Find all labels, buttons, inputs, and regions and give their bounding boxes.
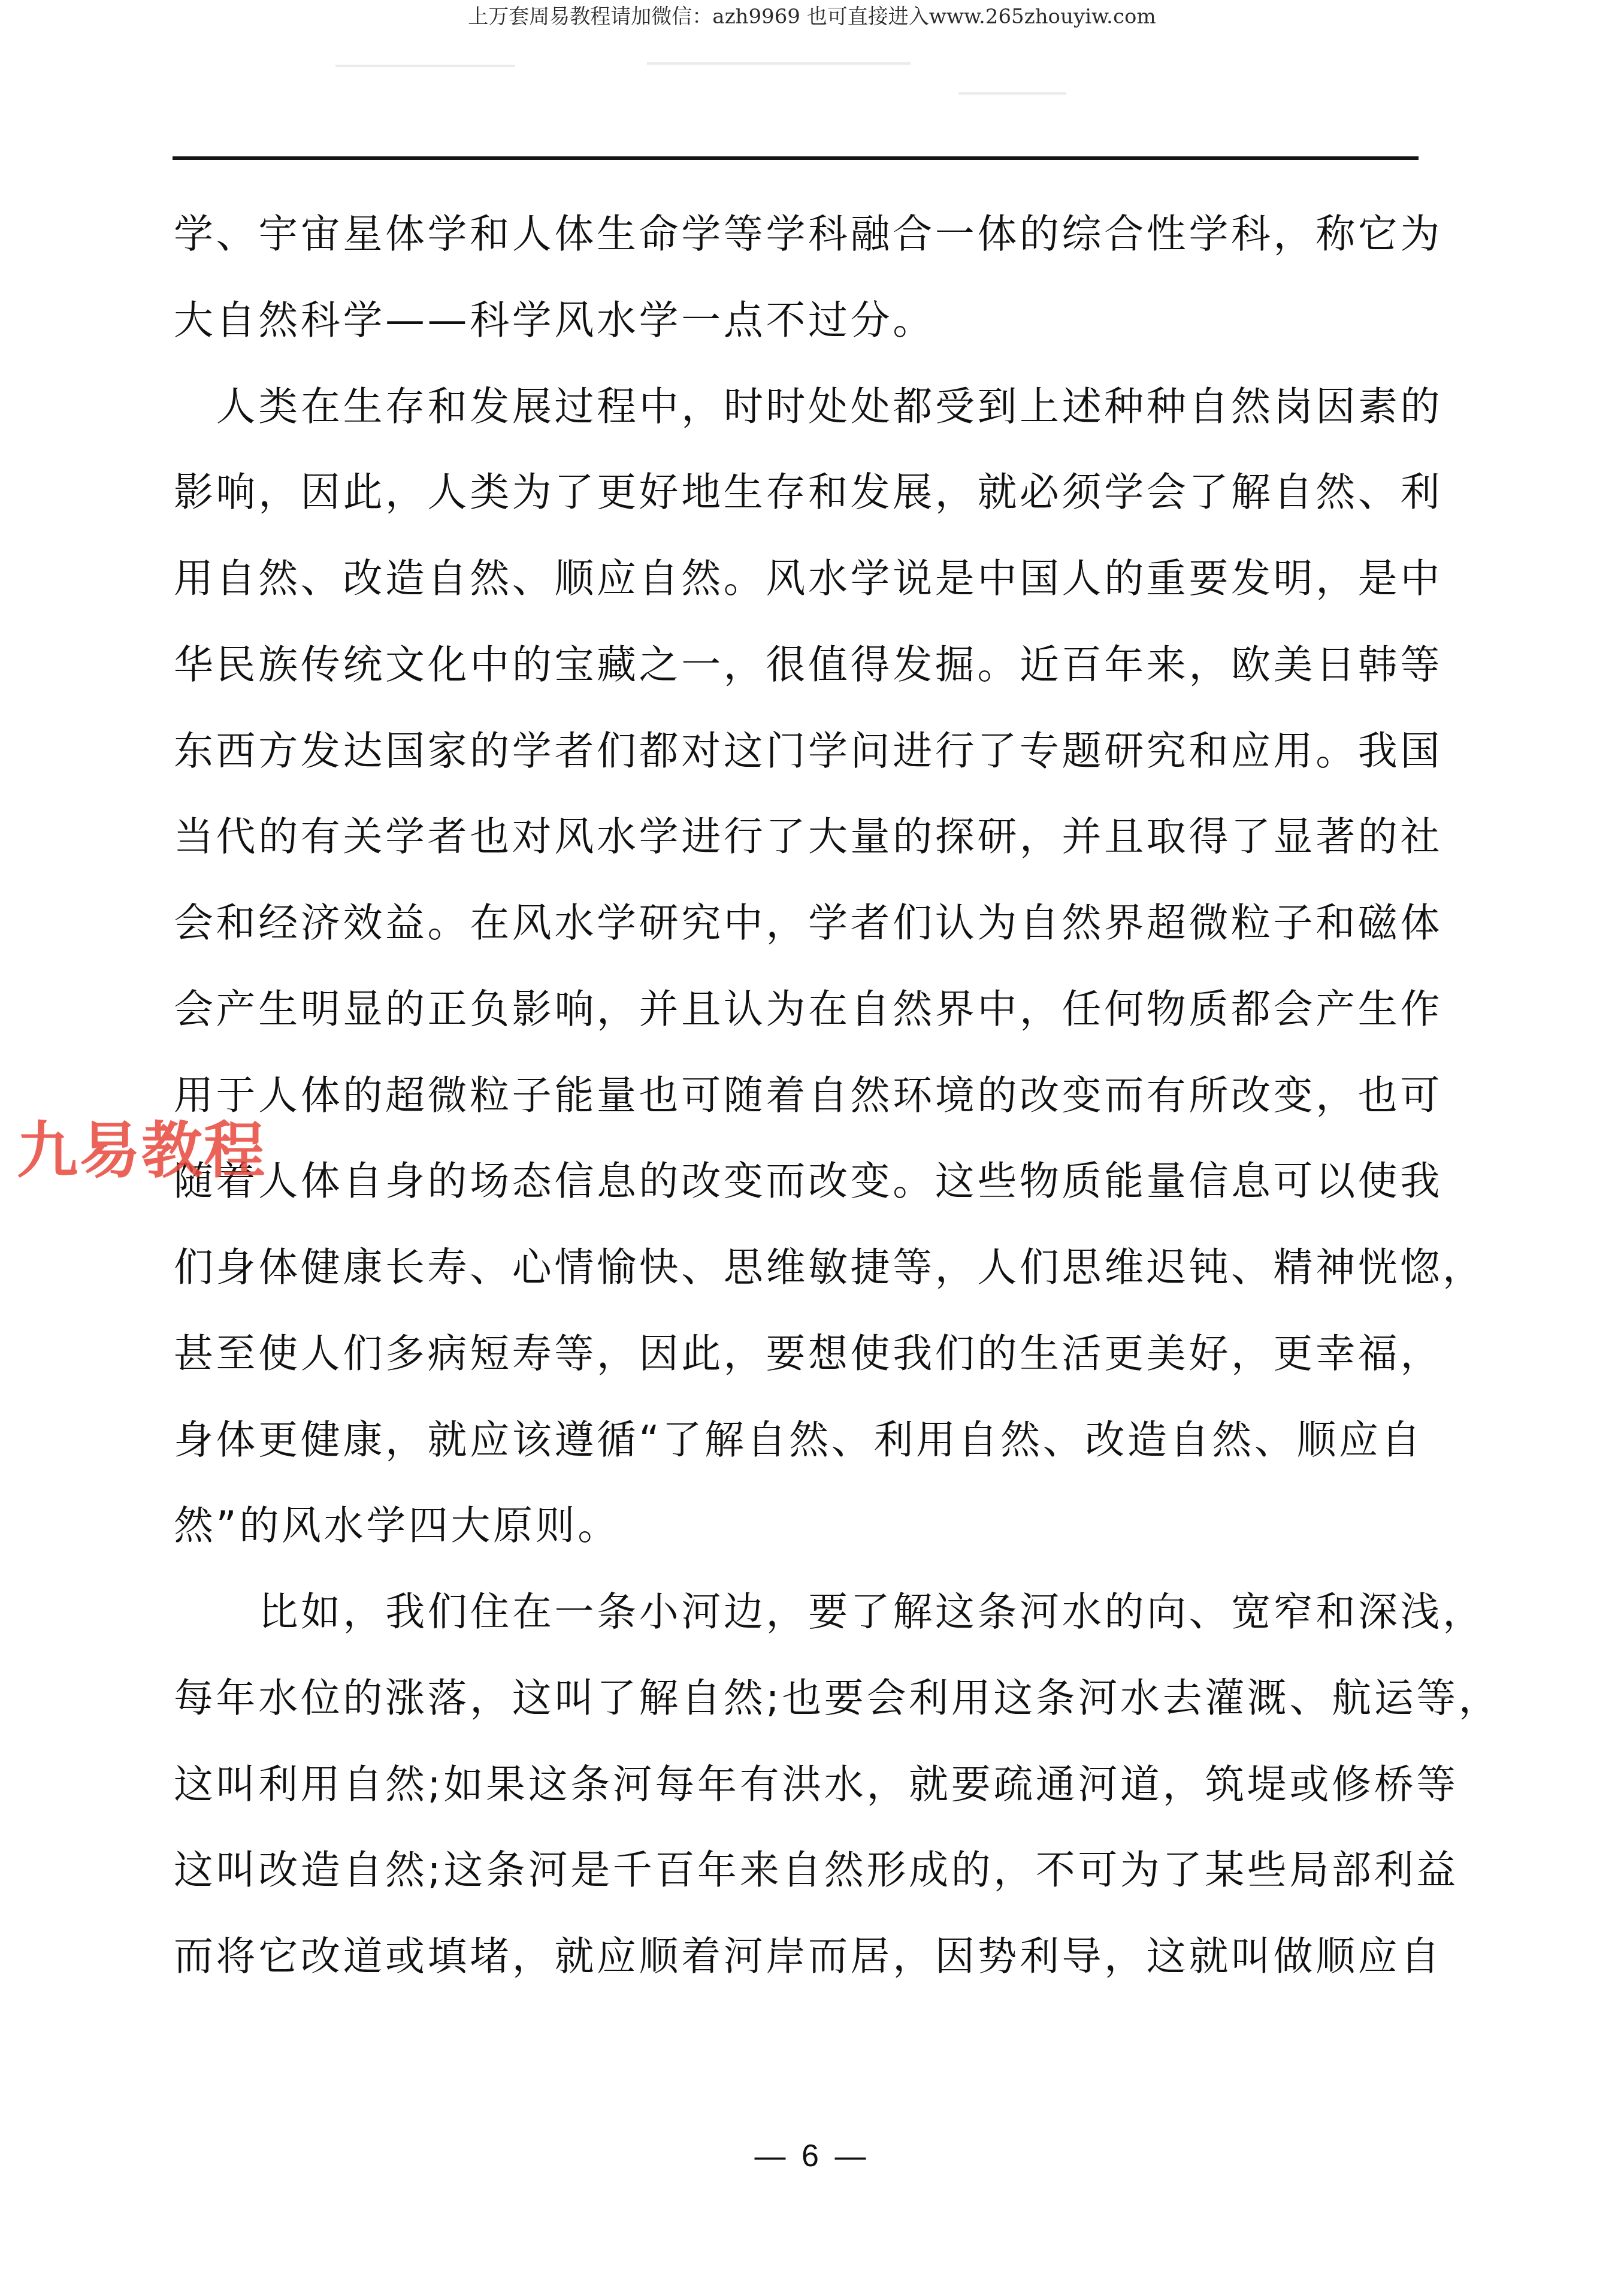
text-line: 这叫改造自然;这条河是千百年来自然形成的，不可为了某些局部利益: [174, 1840, 1408, 1900]
text-line: 这叫利用自然;如果这条河每年有洪水，就要疏通河道，筑堤或修桥等: [174, 1755, 1408, 1815]
text-line: 华民族传统文化中的宝藏之一，很值得发掘。近百年来，欧美日韩等: [174, 635, 1408, 695]
text-line: 而将它改道或填堵，就应顺着河岸而居，因势利导，这就叫做顺应自: [174, 1927, 1408, 1986]
text-line: 人类在生存和发展过程中，时时处处都受到上述种种自然岗因素的: [216, 377, 1408, 437]
text-line: 会产生明显的正负影响，并且认为在自然界中，任何物质都会产生作: [174, 979, 1408, 1039]
text-line: 大自然科学——科学风水学一点不过分。: [174, 291, 1408, 350]
scan-artifact: [958, 92, 1066, 95]
text-line: 会和经济效益。在风水学研究中，学者们认为自然界超微粒子和磁体: [174, 893, 1408, 953]
text-line: 甚至使人们多病短寿等，因此，要想使我们的生活更美好，更幸福，: [174, 1324, 1408, 1384]
text-line: 东西方发达国家的学者们都对这门学问进行了专题研究和应用。我国: [174, 721, 1408, 781]
text-line: 随着人体自身的场态信息的改变而改变。这些物质能量信息可以使我: [174, 1151, 1408, 1211]
scan-artifact: [647, 62, 911, 65]
text-line: 用自然、改造自然、顺应自然。风水学说是中国人的重要发明，是中: [174, 549, 1408, 609]
text-line: 学、宇宙星体学和人体生命学等学科融合一体的综合性学科，称它为: [174, 204, 1408, 264]
text-line: 每年水位的涨落，这叫了解自然;也要会利用这条河水去灌溉、航运等，: [174, 1668, 1408, 1728]
text-line: 用于人体的超微粒子能量也可随着自然环境的改变而有所改变，也可: [174, 1066, 1408, 1126]
watermark-logo: 九易教程: [17, 1115, 266, 1187]
text-line: 当代的有关学者也对风水学进行了大量的探研，并且取得了显著的社: [174, 807, 1408, 867]
text-line: 们身体健康长寿、心情愉快、思维敏捷等，人们思维迟钝、精神恍惚，: [174, 1238, 1408, 1298]
header-rule: [173, 156, 1419, 160]
text-line: 影响，因此，人类为了更好地生存和发展，就必须学会了解自然、利: [174, 462, 1408, 522]
page-number: — 6 —: [0, 2136, 1624, 2176]
text-line: 身体更健康，就应该遵循“了解自然、利用自然、改造自然、顺应自: [174, 1410, 1408, 1470]
text-line: 然”的风水学四大原则。: [174, 1496, 1408, 1556]
text-line: 比如，我们住在一条小河边，要了解这条河水的向、宽窄和深浅，: [258, 1582, 1408, 1642]
top-banner-ad: 上万套周易教程请加微信：azh9969 也可直接进入www.265zhouyiw…: [0, 4, 1624, 30]
scan-artifact: [335, 65, 515, 67]
